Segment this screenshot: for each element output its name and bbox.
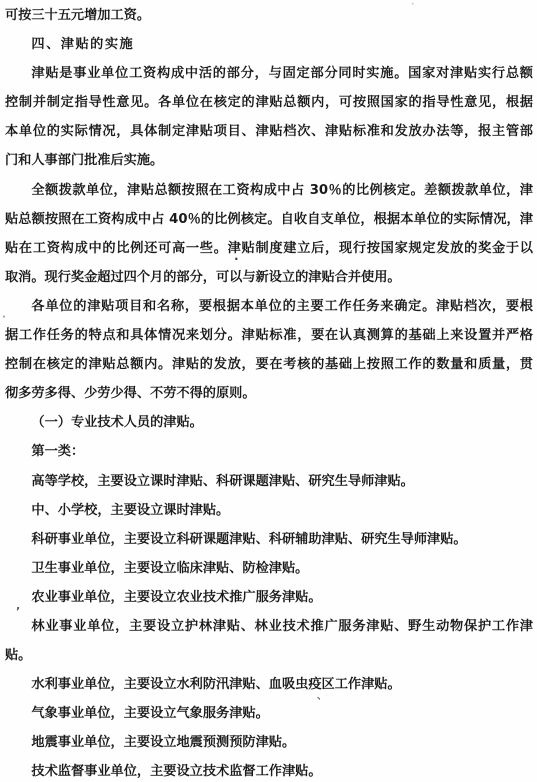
line-meteorology-institutions: 气象事业单位，主要设立气象服务津贴。: [5, 699, 533, 728]
line-primary-secondary-schools: 中、小学校，主要设立课时津贴。: [5, 496, 533, 525]
line-water-conservancy-institutions: 水利事业单位，主要设立水利防汛津贴、血吸虫疫区工作津贴。: [5, 670, 533, 699]
line-forestry-continuation: 贴。: [5, 641, 533, 670]
paragraph-allowance-intro-line-4: 门和人事部门批准后实施。: [5, 146, 533, 175]
line-seismology-institutions: 地震事业单位，主要设立地震预测预防津贴。: [5, 728, 533, 757]
paragraph-allowance-intro-line-3: 本单位的实际情况，具体制定津贴项目、津贴档次、津贴标准和发放办法等，报主管部: [5, 117, 533, 146]
paragraph-continuation-wage-increase: 可按三十五元增加工资。: [5, 1, 533, 30]
paragraph-allowance-management-line-1: 各单位的津贴项目和名称，要根据本单位的主要工作任务来确定。津贴档次，要根: [5, 292, 533, 321]
subsection-heading-professional-staff: （一）专业技术人员的津贴。: [5, 408, 533, 437]
line-agriculture-institutions: 农业事业单位，主要设立农业技术推广服务津贴。: [5, 583, 533, 612]
paragraph-funding-ratio-line-2: 贴总额按照在工资构成中占 40％的比例核定。自收自支单位，根据本单位的实际情况，…: [5, 205, 533, 234]
paragraph-allowance-intro-line-1: 津贴是事业单位工资构成中活的部分，与固定部分同时实施。国家对津贴实行总额: [5, 59, 533, 88]
paragraph-funding-ratio-line-4: 取消。现行奖金超过四个月的部分，可以与新设立的津贴合并使用。: [5, 263, 533, 292]
paragraph-funding-ratio-line-3: 贴在工资构成中的比例还可高一些。津贴制度建立后，现行按国家规定发放的奖金于以: [5, 234, 533, 263]
line-higher-education-institutions: 高等学校，主要设立课时津贴、科研课题津贴、研究生导师津贴。: [5, 467, 533, 496]
line-technical-supervision-institutions: 技术监督事业单位，主要设立技术监督工作津贴。: [5, 757, 533, 782]
paragraph-allowance-intro-line-2: 控制并制定指导性意见。各单位在核定的津贴总额内，可按照国家的指导性意见，根据: [5, 88, 533, 117]
line-forestry-institutions: 林业事业单位，主要设立护林津贴、林业技术推广服务津贴、野生动物保护工作津: [5, 612, 533, 641]
category-one-label: 第一类：: [5, 437, 533, 466]
section-heading-allowance-implementation: 四、津贴的实施: [5, 30, 533, 59]
document-page: 可按三十五元增加工资。 四、津贴的实施 津贴是事业单位工资构成中活的部分，与固定…: [0, 0, 537, 782]
line-research-institutions: 科研事业单位，主要设立科研课题津贴、科研辅助津贴、研究生导师津贴。: [5, 525, 533, 554]
paragraph-allowance-management-line-3: 控制在核定的津贴总额内。津贴的发放，要在考核的基础上按照工作的数量和质量，贯: [5, 350, 533, 379]
paragraph-funding-ratio-line-1: 全额拨款单位，津贴总额按照在工资构成中占 30％的比例核定。差额拨款单位，津: [5, 176, 533, 205]
paragraph-allowance-management-line-2: 据工作任务的特点和具体情况来划分。津贴标准，要在认真测算的基础上来设置并严格: [5, 321, 533, 350]
paragraph-allowance-management-line-4: 彻多劳多得、少劳少得、不劳不得的原则。: [5, 379, 533, 408]
line-health-institutions: 卫生事业单位，主要设立临床津贴、防检津贴。: [5, 554, 533, 583]
